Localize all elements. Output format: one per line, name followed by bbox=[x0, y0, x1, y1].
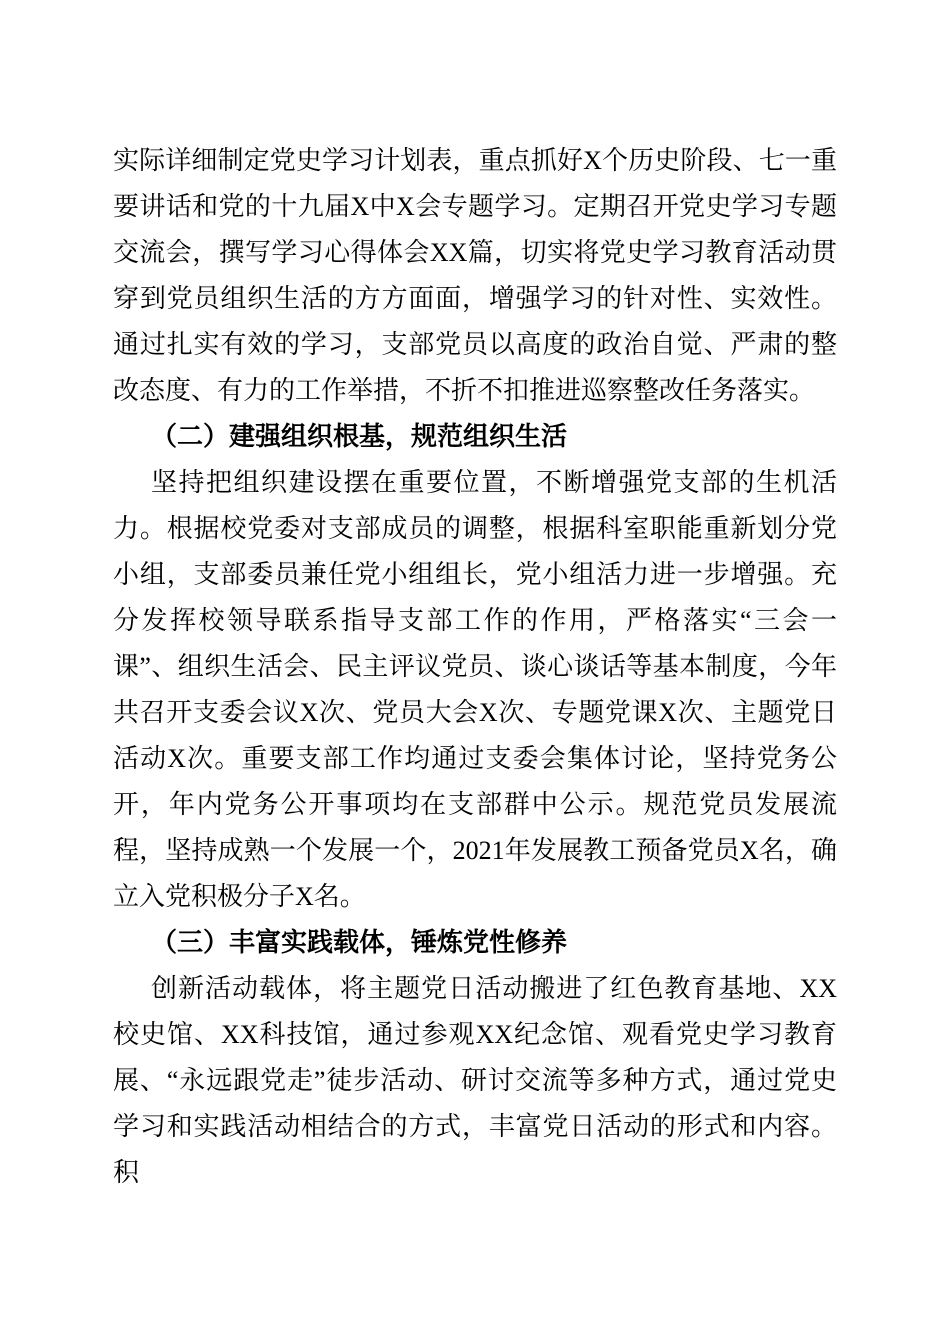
document-page: 实际详细制定党史学习计划表，重点抓好X个历史阶段、七一重要讲话和党的十九届X中X… bbox=[0, 0, 950, 1344]
document-body: 实际详细制定党史学习计划表，重点抓好X个历史阶段、七一重要讲话和党的十九届X中X… bbox=[113, 138, 837, 1196]
paragraph-organization: 坚持把组织建设摆在重要位置，不断增强党支部的生机活力。根据校党委对支部成员的调整… bbox=[113, 460, 837, 920]
paragraph-study-plan: 实际详细制定党史学习计划表，重点抓好X个历史阶段、七一重要讲话和党的十九届X中X… bbox=[113, 138, 837, 414]
paragraph-practice-activities: 创新活动载体，将主题党日活动搬进了红色教育基地、XX校史馆、XX科技馆，通过参观… bbox=[113, 966, 837, 1196]
section-heading-3: （三）丰富实践载体，锤炼党性修养 bbox=[113, 920, 837, 966]
section-heading-2: （二）建强组织根基，规范组织生活 bbox=[113, 414, 837, 460]
